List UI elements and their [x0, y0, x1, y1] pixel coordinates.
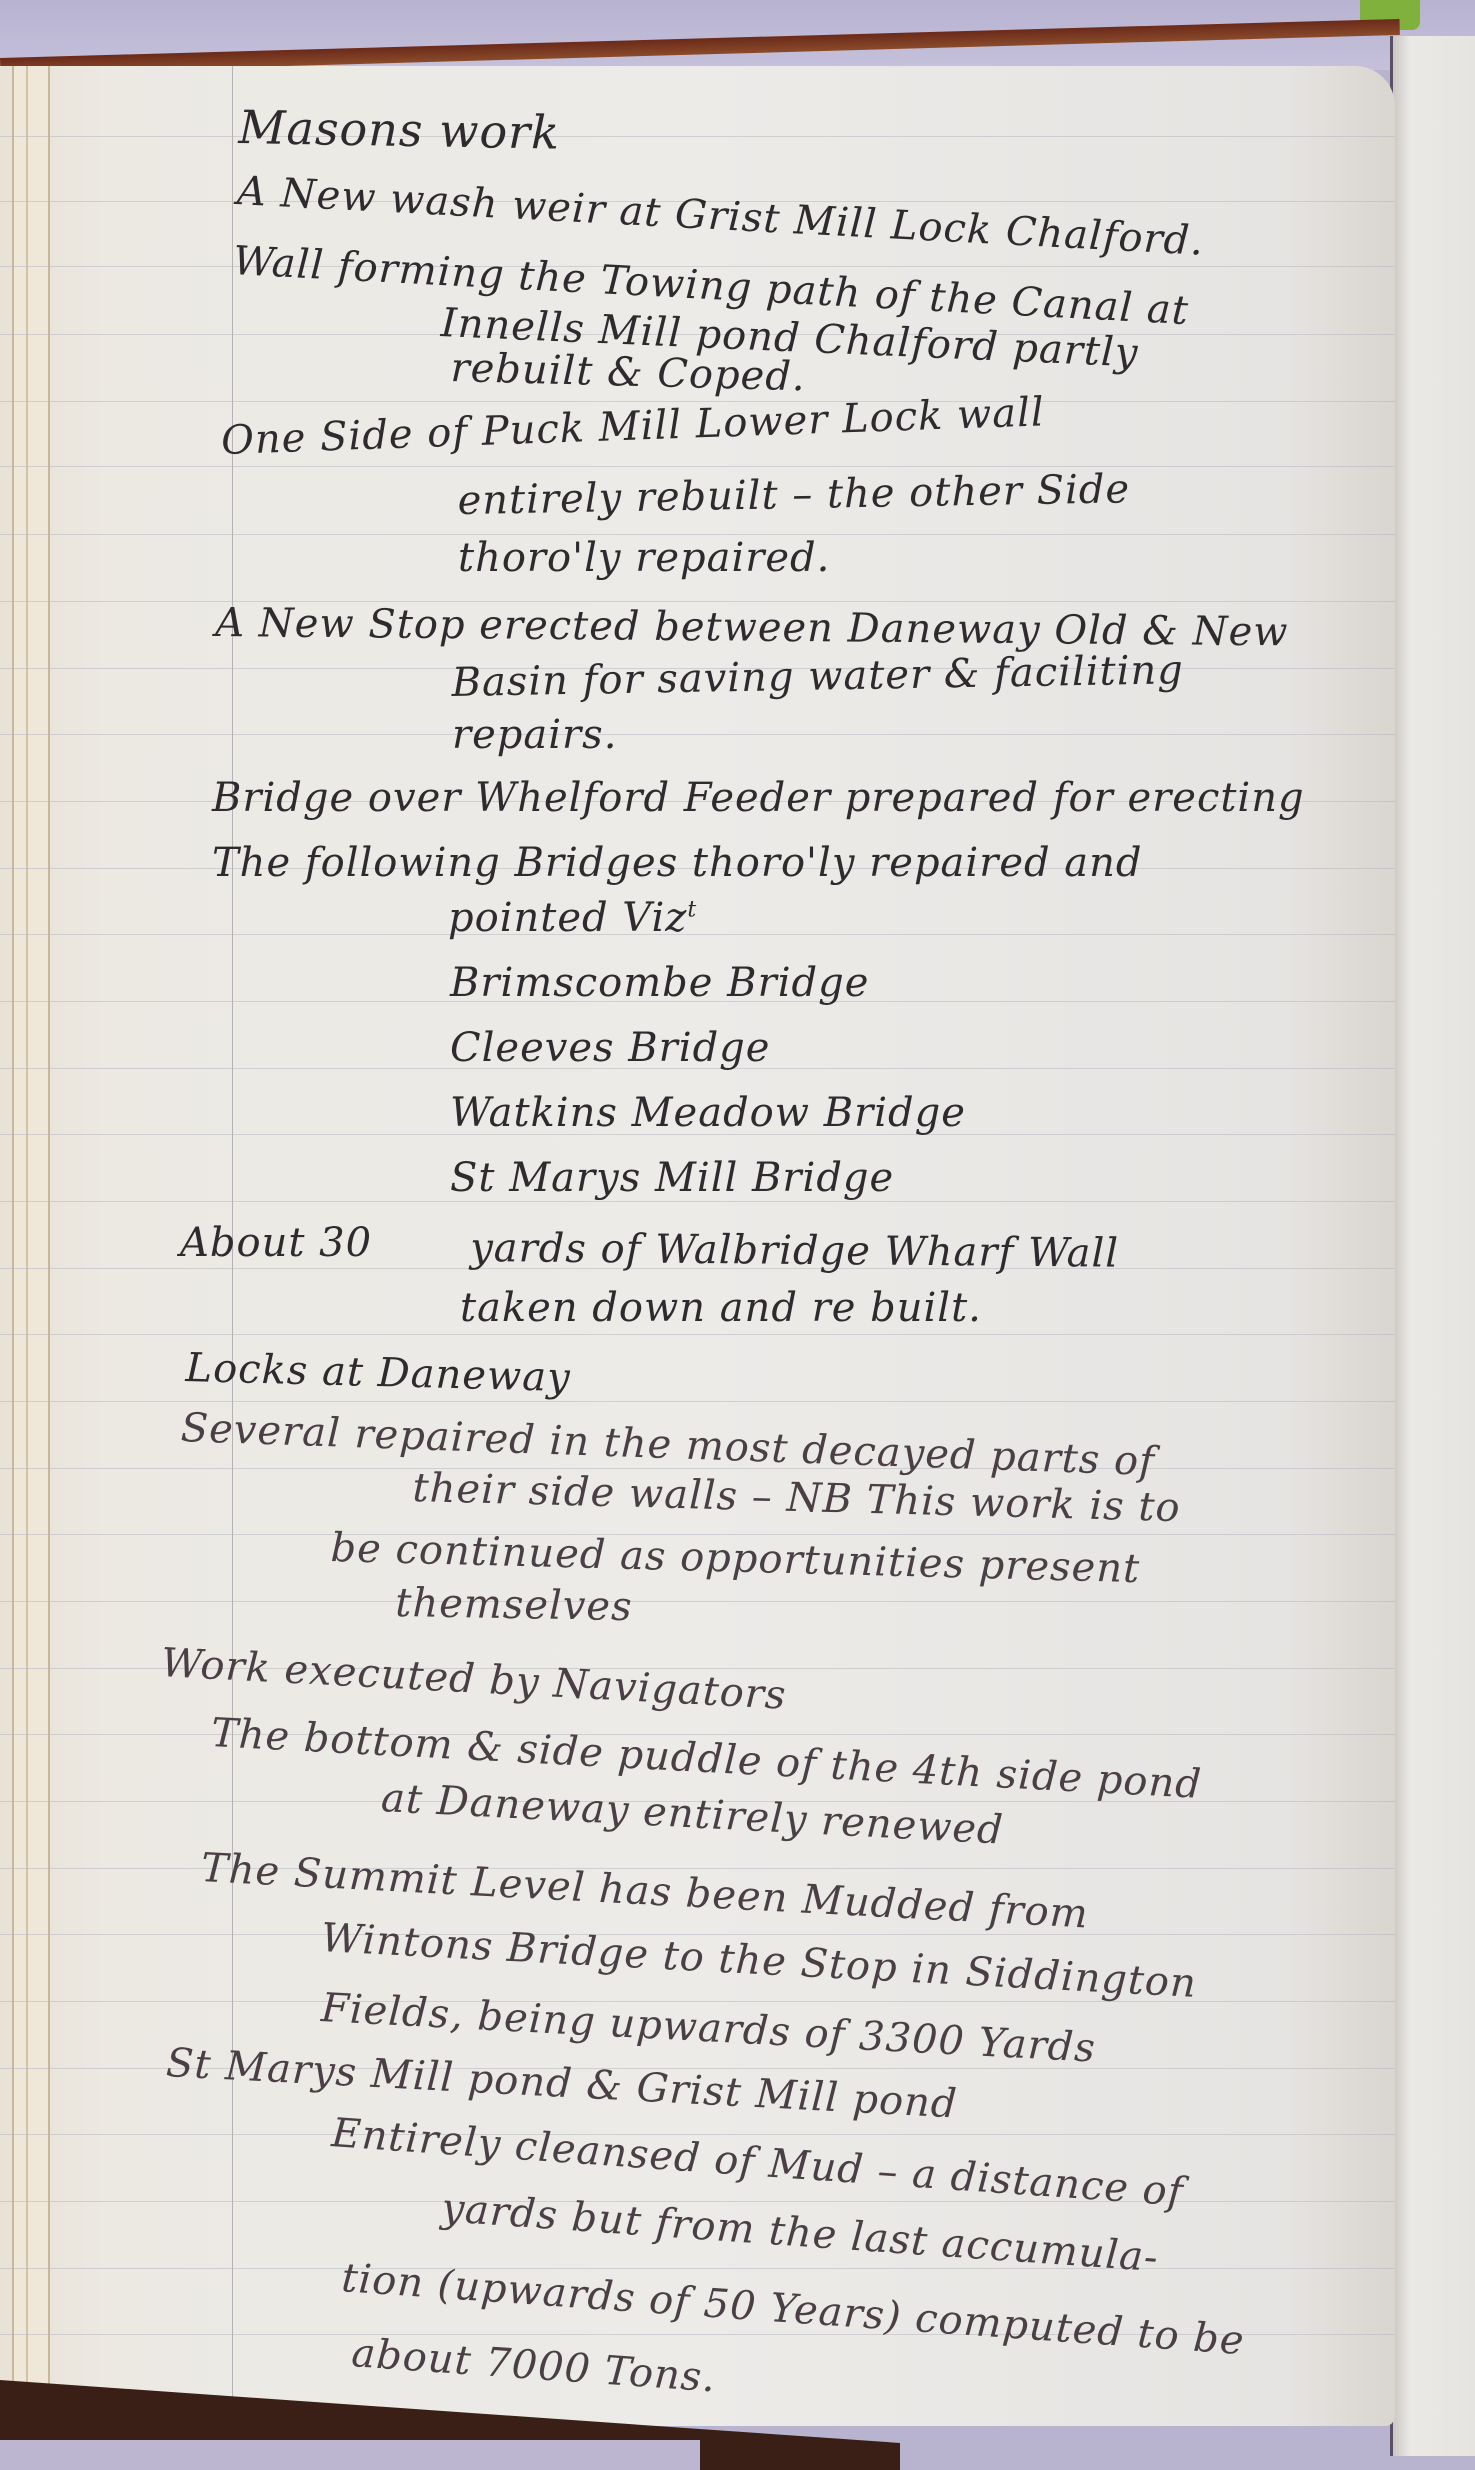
ruled-line [0, 2268, 1395, 2269]
superscript-t: t [687, 898, 697, 923]
entry-line: themselves [395, 1580, 633, 1630]
page-heading: Masons work [238, 100, 561, 160]
ruled-line [0, 601, 1395, 602]
entry-line: pointed Vizt [448, 895, 697, 941]
entry-line: The following Bridges thoro'ly repaired … [212, 840, 1143, 886]
facing-page-edge [1390, 36, 1475, 2456]
bridge-list-item: Brimscombe Bridge [450, 960, 869, 1006]
ruled-line [0, 934, 1395, 935]
margin-note: About 30 [180, 1220, 372, 1266]
entry-text: pointed Viz [448, 895, 687, 941]
entry-line: A New Stop erected between Daneway Old &… [215, 600, 1289, 655]
bridge-list-item: Cleeves Bridge [450, 1025, 770, 1071]
ruled-line [0, 1601, 1395, 1602]
entry-line: repairs. [452, 712, 617, 758]
entry-line: taken down and re built. [460, 1285, 982, 1331]
entry-line: yards of Walbridge Wharf Wall [470, 1225, 1119, 1277]
ruled-line [0, 136, 1395, 137]
entry-line: Bridge over Whelford Feeder prepared for… [212, 775, 1305, 821]
ruled-line [0, 2201, 1395, 2202]
ruled-line [0, 734, 1395, 735]
bridge-list-item: Watkins Meadow Bridge [450, 1090, 966, 1136]
entry-line: thoro'ly repaired. [458, 535, 830, 581]
backdrop-bottom [0, 2440, 700, 2470]
ruled-line [0, 1201, 1395, 1202]
ruled-line [0, 466, 1395, 467]
entry-line: rebuilt & Coped. [450, 345, 806, 400]
ruled-line [0, 1401, 1395, 1402]
page-binding-rule [12, 66, 50, 2426]
bridge-list-item: St Marys Mill Bridge [450, 1155, 894, 1201]
ruled-line [0, 1334, 1395, 1335]
